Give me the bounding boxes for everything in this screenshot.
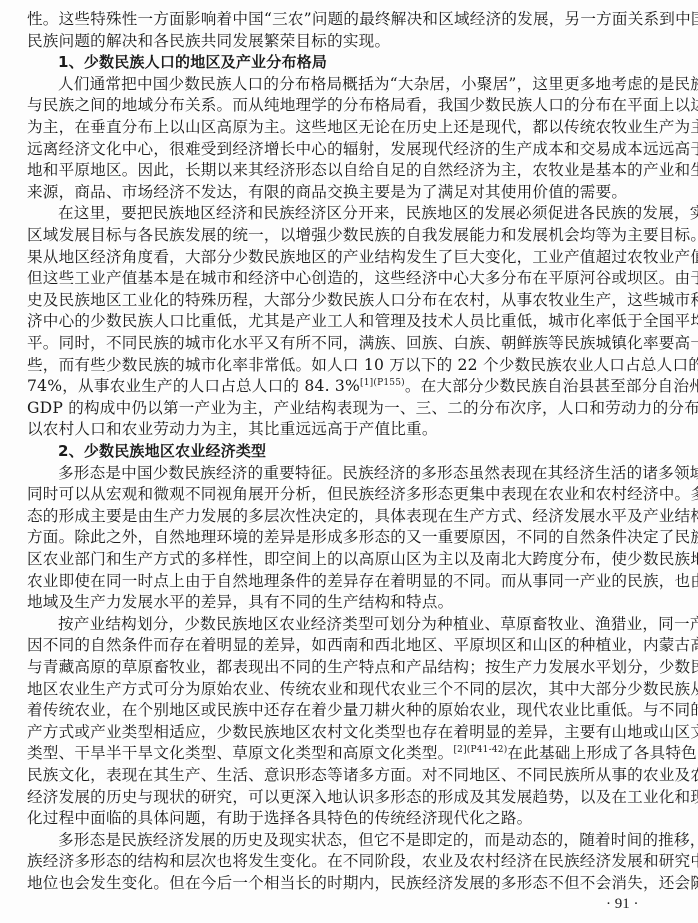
text-line: 同时可以从宏观和微观不同视角展开分析，但民族经济多形态更集中表现在农业和农村经济… <box>27 483 669 505</box>
text-line: 地位也会发生变化。但在今后一个相当长的时期内，民族经济发展的多形态不但不会消失，… <box>27 872 669 894</box>
text-line: 产方式或产业类型相适应，少数民族地区农村文化类型也存在着明显的差异，主要有山地或… <box>27 721 669 743</box>
citation-superscript: [2](P41-42) <box>453 745 507 755</box>
text-line: 在这里，要把民族地区经济和民族经济区分开来，民族地区的发展必须促进各民族的发展，… <box>58 202 669 224</box>
text-line: 与民族之间的地域分布关系。而从纯地理学的分布格局看，我国少数民族人口的分布在平面… <box>27 94 669 116</box>
text-line: 民族问题的解决和各民族共同发展繁荣目标的实现。 <box>27 30 669 52</box>
text-line: 但这些工业产值基本是在城市和经济中心创造的，这些经济中心大多分布在平原河谷或坝区… <box>27 267 669 289</box>
text-line: 以农村人口和农业劳动力为主，其比重远远高于产值比重。 <box>27 418 669 440</box>
text-line: 方面。除此之外，自然地理环境的差异是形成多形态的又一重要原因，不同的自然条件决定… <box>27 526 669 548</box>
text-line: 区域发展目标与各民族发展的统一，以增强少数民族的自我发展能力和发展机会均等为主要… <box>27 224 669 246</box>
section-heading: 1、少数民族人口的地区及产业分布格局 <box>58 51 669 73</box>
line-text: 74%，从事农业生产的人口占总人口的 84. 3% <box>27 377 360 395</box>
text-line: GDP 的构成中仍以第一产业为主，产业结构表现为一、三、二的分布次序，人口和劳动… <box>27 397 669 419</box>
text-line: 农业即使在同一时点上由于自然地理条件的差异存在着明显的不同。而从事同一产业的民族… <box>27 570 669 592</box>
text-line: 多形态是民族经济发展的历史及现实状态，但它不是即定的，而是动态的，随着时间的推移… <box>58 829 669 851</box>
text-line: 与青藏高原的草原畜牧业，都表现出不同的生产特点和产品结构；按生产力发展水平划分，… <box>27 656 669 678</box>
text-line: 区农业部门和生产方式的多样性，即空间上的以高原山区为主以及南北大跨度分布，使少数… <box>27 548 669 570</box>
text-line: 济中心的少数民族人口比重低，尤其是产业工人和管理及技术人员比重低，城市化率低于全… <box>27 310 669 332</box>
text-line: 史及民族地区工业化的特殊历程，大部分少数民族人口分布在农村，从事农牧业生产，这些… <box>27 289 669 311</box>
text-line: 地和平原地区。因此，长期以来其经济形态以自给自足的自然经济为主，农牧业是基本的产… <box>27 159 669 181</box>
text-line: 性。这些特殊性一方面影响着中国“三农”问题的最终解决和区域经济的发展，另一方面关… <box>27 8 669 30</box>
citation-superscript: [1](P155) <box>360 378 405 388</box>
text-line: 为主，在垂直分布上以山区高原为主。这些地区无论在历史上还是现代，都以传统农牧业生… <box>27 116 669 138</box>
line-text: 类型、干旱半干旱文化类型、草原文化类型和高原文化类型。 <box>27 744 453 762</box>
text-line: 地区农业生产方式可分为原始农业、传统农业和现代农业三个不同的层次，其中大部分少数… <box>27 678 669 700</box>
text-line: 民族文化，表现在其生产、生活、意识形态等诸多方面。对不同地区、不同民族所从事的农… <box>27 764 669 786</box>
text-line: 类型、干旱半干旱文化类型、草原文化类型和高原文化类型。[2](P41-42)在此… <box>27 742 669 764</box>
text-line: 远离经济文化中心，很难受到经济增长中心的辐射，发展现代经济的生产成本和交易成本远… <box>27 138 669 160</box>
text-line: 来源，商品、市场经济不发达，有限的商品交换主要是为了满足对其使用价值的需要。 <box>27 181 669 203</box>
line-text: 。在大部分少数民族自治县甚至部分自治州， <box>405 377 698 395</box>
text-line: 按产业结构划分，少数民族地区农业经济类型可划分为种植业、草原畜牧业、渔猎业，同一… <box>58 613 669 635</box>
line-text: 在此基础上形成了各具特色的 <box>507 744 698 762</box>
text-line: 态的形成主要是由生产力发展的多层次性决定的，具体表现在生产方式、经济发展水平及产… <box>27 505 669 527</box>
text-line: 化过程中面临的具体问题，有助于选择各具特色的传统经济现代化之路。 <box>27 807 669 829</box>
text-line: 平。同时，不同民族的城市化水平又有所不同，满族、回族、白族、朝鲜族等民族城镇化率… <box>27 332 669 354</box>
text-line: 人们通常把中国少数民族人口的分布格局概括为“大杂居，小聚居”，这里更多地考虑的是… <box>58 73 669 95</box>
text-line: 经济发展的历史与现状的研究，可以更深入地认识多形态的形成及其发展趋势，以及在工业… <box>27 786 669 808</box>
text-line: 着传统农业，在个别地区或民族中还存在着少量刀耕火种的原始农业，现代农业比重低。与… <box>27 699 669 721</box>
section-heading: 2、少数民族地区农业经济类型 <box>58 440 669 462</box>
text-line: 多形态是中国少数民族经济的重要特征。民族经济的多形态虽然表现在其经济生活的诸多领… <box>58 462 669 484</box>
page-number: · 91 · <box>606 896 639 913</box>
text-line: 族经济多形态的结构和层次也将发生变化。在不同阶段，农业及农村经济在民族经济发展和… <box>27 850 669 872</box>
document-page: 性。这些特殊性一方面影响着中国“三农”问题的最终解决和区域经济的发展，另一方面关… <box>0 0 698 923</box>
text-line: 因不同的自然条件而存在着明显的差异，如西南和西北地区、平原坝区和山区的种植业，内… <box>27 634 669 656</box>
text-line: 74%，从事农业生产的人口占总人口的 84. 3%[1](P155)。在大部分少… <box>27 375 669 397</box>
text-line: 地域及生产力发展水平的差异，具有不同的生产结构和特点。 <box>27 591 669 613</box>
text-line: 果从地区经济角度看，大部分少数民族地区的产业结构发生了巨大变化，工业产值超过农牧… <box>27 246 669 268</box>
text-line: 些，而有些少数民族的城市化率非常低。如人口 10 万以下的 22 个少数民族农业… <box>27 354 669 376</box>
